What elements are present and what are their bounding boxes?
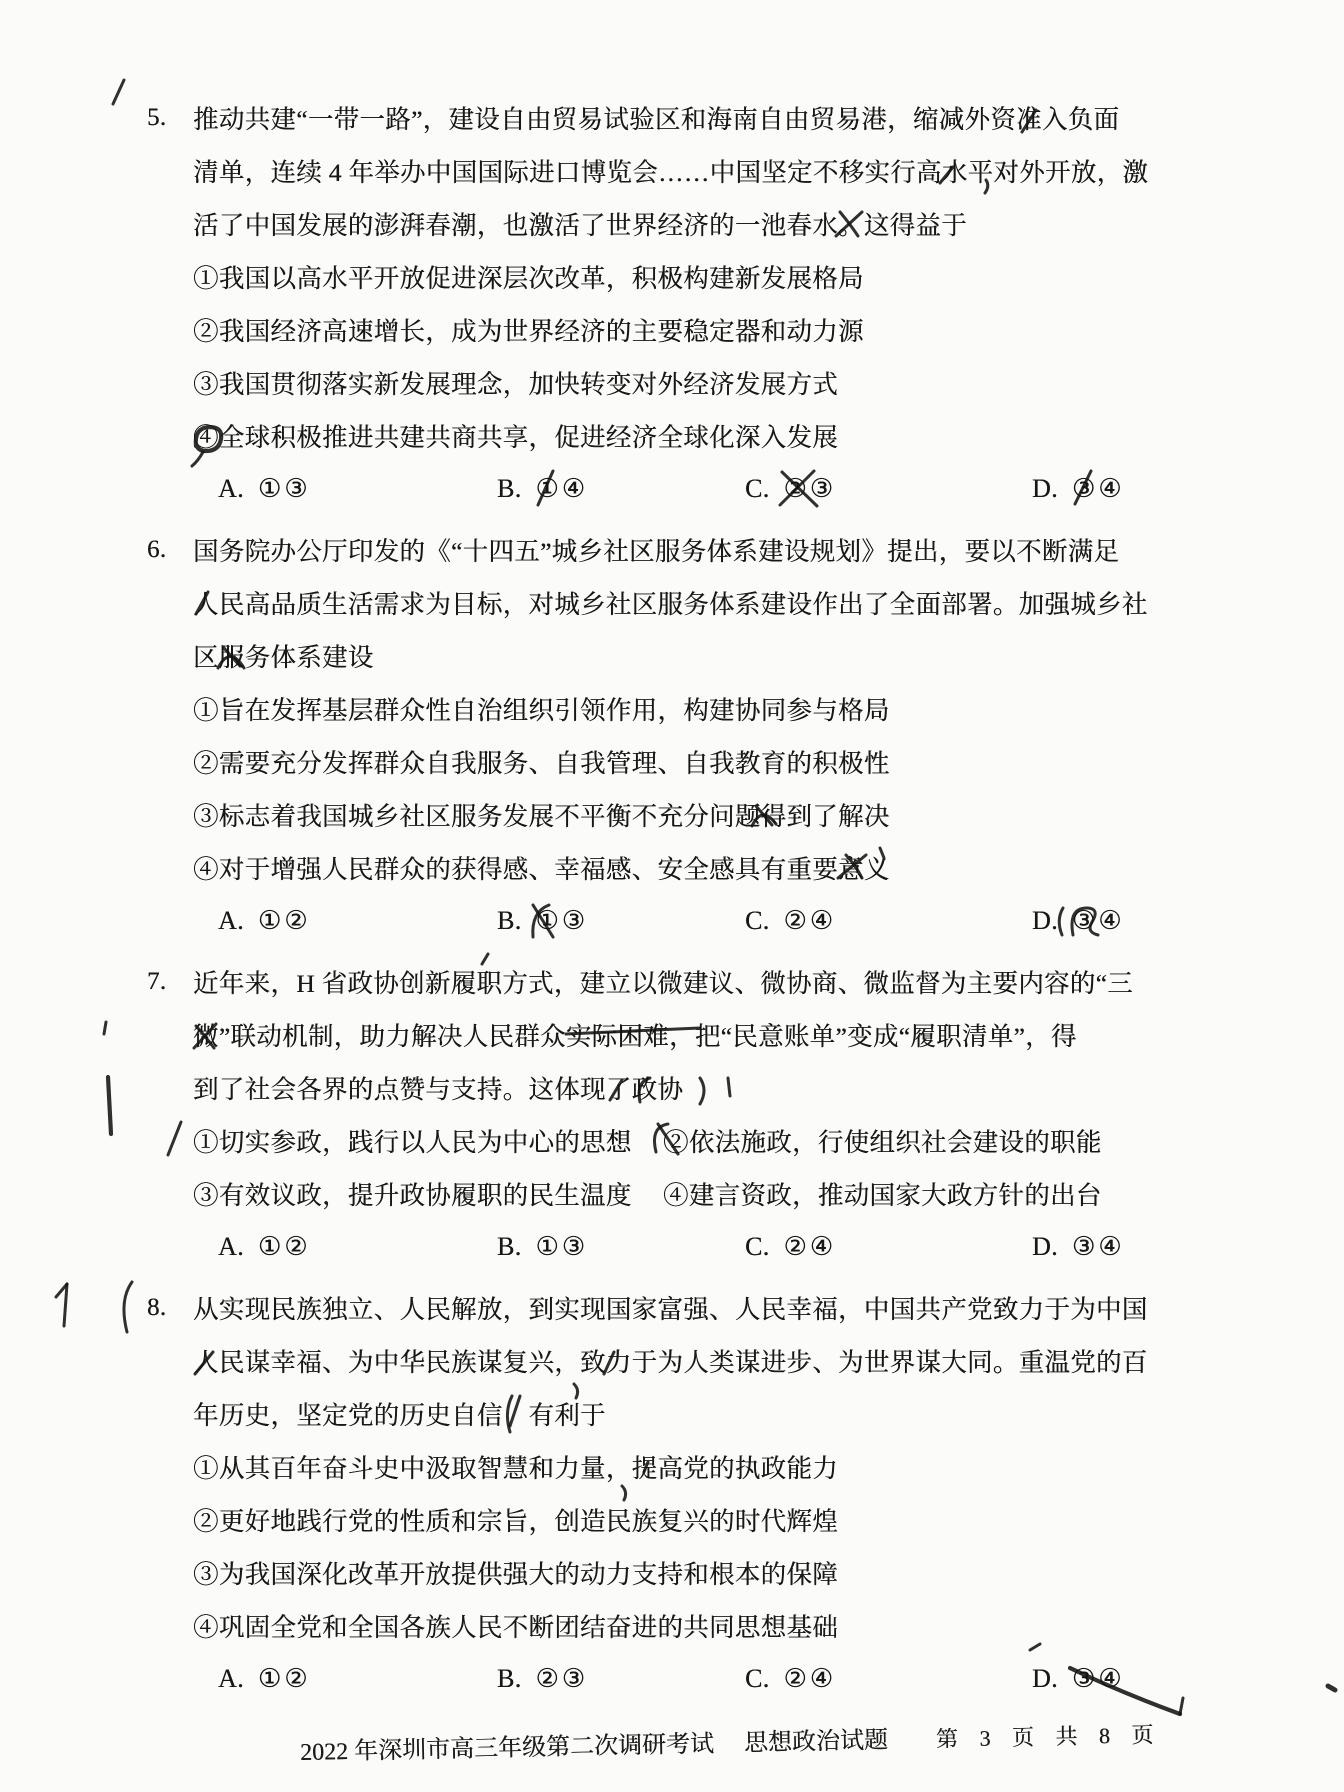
item-row: ①我国以高水平开放促进深层次改革，积极构建新发展格局 <box>193 250 1344 303</box>
option-a: A.①② <box>218 1220 311 1273</box>
question-8: 8. 从实现民族独立、人民解放，到实现国家富强、人民幸福，中国共产党致力于为中国… <box>193 1281 1344 1705</box>
item-line: ④巩固全党和全国各族人民不断团结奋进的共同思想基础 <box>193 1608 838 1644</box>
option-label: B. <box>497 906 521 936</box>
item-line: ③标志着我国城乡社区服务发展不平衡不充分问题得到了解决 <box>193 797 890 833</box>
item-row: ②需要充分发挥群众自我服务、自我管理、自我教育的积极性 <box>193 735 1344 788</box>
item-line: ①旨在发挥基层群众性自治组织引领作用，构建协同参与格局 <box>193 691 890 727</box>
item-row: ③有效议政，提升政协履职的民生温度 ④建言资政，推动国家大政方针的出台 <box>193 1167 1344 1220</box>
option-label: C. <box>745 1664 769 1694</box>
item-row: ④全球积极推进共建共商共享，促进经济全球化深入发展 <box>193 409 1344 462</box>
stem-row: 人民谋幸福、为中华民族谋复兴，致力于为人类谋进步、为世界谋大同。重温党的百 <box>193 1334 1344 1387</box>
question-7: 7. 近年来，H 省政协创新履职方式，建立以微建议、微协商、微监督为主要内容的“… <box>193 955 1344 1273</box>
question-number: 7. <box>147 955 166 1008</box>
options-row: A.①② B.②③ C.②④ D.③④ <box>193 1652 1344 1705</box>
option-label: C. <box>745 474 769 504</box>
option-value: ③④ <box>1072 906 1125 936</box>
stem-line: 近年来，H 省政协创新履职方式，建立以微建议、微协商、微监督为主要内容的“三 <box>193 964 1133 1000</box>
option-label: D. <box>1032 474 1058 504</box>
item-line: ④建言资政，推动国家大政方针的出台 <box>663 1176 1102 1212</box>
options-row: A.①② B.①③ C.②④ D.③④ <box>193 1220 1344 1273</box>
option-value: ③④ <box>1072 1232 1125 1262</box>
footer-page-number: 第 3 页 共 8 页 <box>936 1722 1162 1752</box>
item-line: ①切实参政，践行以人民为中心的思想 <box>193 1123 663 1159</box>
option-value: ①② <box>258 906 311 936</box>
item-row: ②我国经济高速增长，成为世界经济的主要稳定器和动力源 <box>193 303 1344 356</box>
stem-row: 年历史，坚定党的历史自信 有利于 <box>193 1387 1344 1440</box>
stem-line: 推动共建“一带一路”，建设自由贸易试验区和海南自由贸易港，缩减外资准入负面 <box>193 100 1119 136</box>
option-a: A.①② <box>218 1652 311 1705</box>
stem-line: 人民谋幸福、为中华民族谋复兴，致力于为人类谋进步、为世界谋大同。重温党的百 <box>193 1343 1148 1379</box>
option-value: ②④ <box>783 1232 836 1262</box>
question-5: 5. 推动共建“一带一路”，建设自由贸易试验区和海南自由贸易港，缩减外资准入负面… <box>193 91 1344 515</box>
item-line: ③为我国深化改革开放提供强大的动力支持和根本的保障 <box>193 1555 838 1591</box>
question-number: 6. <box>147 523 166 576</box>
question-number: 8. <box>147 1281 166 1334</box>
item-row: ④对于增强人民群众的获得感、幸福感、安全感具有重要意义 <box>193 841 1344 894</box>
option-label: A. <box>218 1664 244 1694</box>
item-line: ④全球积极推进共建共商共享，促进经济全球化深入发展 <box>193 418 838 454</box>
option-c: C.②④ <box>745 894 836 947</box>
option-value: ①③ <box>535 906 588 936</box>
item-row: ②更好地践行党的性质和宗旨，创造民族复兴的时代辉煌 <box>193 1493 1344 1546</box>
option-value: ②③ <box>783 474 836 504</box>
stem-row: 人民高品质生活需求为目标，对城乡社区服务体系建设作出了全面部署。加强城乡社 <box>193 576 1344 629</box>
item-line: ①从其百年奋斗史中汲取智慧和力量，提高党的执政能力 <box>193 1449 838 1485</box>
question-6: 6. 国务院办公厅印发的《“十四五”城乡社区服务体系建设规划》提出，要以不断满足… <box>193 523 1344 947</box>
stem-line: 区服务体系建设 <box>193 638 374 674</box>
stem-line: 活了中国发展的澎湃春潮，也激活了世界经济的一池春水。这得益于 <box>193 206 967 242</box>
stem-row: 8. 从实现民族独立、人民解放，到实现国家富强、人民幸福，中国共产党致力于为中国 <box>193 1281 1344 1334</box>
stem-row: 活了中国发展的澎湃春潮，也激活了世界经济的一池春水。这得益于 <box>193 197 1344 250</box>
item-line: ②我国经济高速增长，成为世界经济的主要稳定器和动力源 <box>193 312 864 348</box>
stem-row: 6. 国务院办公厅印发的《“十四五”城乡社区服务体系建设规划》提出，要以不断满足 <box>193 523 1344 576</box>
option-value: ①③ <box>258 474 311 504</box>
option-value: ①② <box>258 1232 311 1262</box>
item-row: ④巩固全党和全国各族人民不断团结奋进的共同思想基础 <box>193 1599 1344 1652</box>
option-c: C.②④ <box>745 1652 836 1705</box>
option-value: ②③ <box>535 1664 588 1694</box>
options-row: A.①③ B.①④ C.②③ D.③④ <box>193 462 1344 515</box>
question-number: 5. <box>147 91 166 144</box>
option-b: B.②③ <box>497 1652 588 1705</box>
stem-line: 年历史，坚定党的历史自信 有利于 <box>193 1396 606 1432</box>
item-line: ②需要充分发挥群众自我服务、自我管理、自我教育的积极性 <box>193 744 890 780</box>
item-row: ①切实参政，践行以人民为中心的思想 ②依法施政，行使组织社会建设的职能 <box>193 1114 1344 1167</box>
option-value: ①③ <box>535 1232 588 1262</box>
exam-body: 5. 推动共建“一带一路”，建设自由贸易试验区和海南自由贸易港，缩减外资准入负面… <box>0 0 1344 1792</box>
item-row: ③为我国深化改革开放提供强大的动力支持和根本的保障 <box>193 1546 1344 1599</box>
stem-line: 人民高品质生活需求为目标，对城乡社区服务体系建设作出了全面部署。加强城乡社 <box>193 585 1148 621</box>
option-a: A.①② <box>218 894 311 947</box>
option-b: B.①③ <box>497 894 588 947</box>
options-row: A.①② B.①③ C.②④ D.③④ <box>193 894 1344 947</box>
item-row: ①从其百年奋斗史中汲取智慧和力量，提高党的执政能力 <box>193 1440 1344 1493</box>
item-line: ③我国贯彻落实新发展理念，加快转变对外经济发展方式 <box>193 365 838 401</box>
option-label: B. <box>497 1664 521 1694</box>
stem-row: 清单，连续 4 年举办中国国际进口博览会……中国坚定不移实行高水平对外开放，激 <box>193 144 1344 197</box>
item-line: ①我国以高水平开放促进深层次改革，积极构建新发展格局 <box>193 259 864 295</box>
option-value: ①② <box>258 1664 311 1694</box>
option-label: A. <box>218 906 244 936</box>
stem-line: 清单，连续 4 年举办中国国际进口博览会……中国坚定不移实行高水平对外开放，激 <box>193 153 1148 189</box>
option-a: A.①③ <box>218 462 311 515</box>
option-value: ③④ <box>1072 474 1125 504</box>
stem-row: 区服务体系建设 <box>193 629 1344 682</box>
option-label: D. <box>1032 1232 1058 1262</box>
option-label: B. <box>497 474 521 504</box>
option-label: D. <box>1032 1664 1058 1694</box>
option-d: D.③④ <box>1032 894 1125 947</box>
option-c: C.②④ <box>745 1220 836 1273</box>
option-b: B.①④ <box>497 462 588 515</box>
option-d: D.③④ <box>1032 1220 1125 1273</box>
option-value: ③④ <box>1072 1664 1125 1694</box>
option-label: B. <box>497 1232 521 1262</box>
stem-line: 国务院办公厅印发的《“十四五”城乡社区服务体系建设规划》提出，要以不断满足 <box>193 532 1119 568</box>
item-line: ③有效议政，提升政协履职的民生温度 <box>193 1176 663 1212</box>
option-label: D. <box>1032 906 1058 936</box>
option-b: B.①③ <box>497 1220 588 1273</box>
item-line: ②依法施政，行使组织社会建设的职能 <box>663 1123 1102 1159</box>
stem-line: 从实现民族独立、人民解放，到实现国家富强、人民幸福，中国共产党致力于为中国 <box>193 1290 1148 1326</box>
option-label: A. <box>218 474 244 504</box>
option-value: ②④ <box>783 1664 836 1694</box>
stem-line: 到了社会各界的点赞与支持。这体现了政协 <box>193 1070 683 1106</box>
option-d: D.③④ <box>1032 462 1125 515</box>
option-label: A. <box>218 1232 244 1262</box>
option-c: C.②③ <box>745 462 836 515</box>
stem-row: 5. 推动共建“一带一路”，建设自由贸易试验区和海南自由贸易港，缩减外资准入负面 <box>193 91 1344 144</box>
footer-subject: 思想政治试题 <box>744 1728 889 1757</box>
stem-row: 到了社会各界的点赞与支持。这体现了政协 <box>193 1061 1344 1114</box>
item-row: ①旨在发挥基层群众性自治组织引领作用，构建协同参与格局 <box>193 682 1344 735</box>
item-line: ②更好地践行党的性质和宗旨，创造民族复兴的时代辉煌 <box>193 1502 838 1538</box>
item-line: ④对于增强人民群众的获得感、幸福感、安全感具有重要意义 <box>193 850 890 886</box>
option-label: C. <box>745 906 769 936</box>
stem-row: 微”联动机制，助力解决人民群众实际困难，把“民意账单”变成“履职清单”，得 <box>193 1008 1344 1061</box>
option-label: C. <box>745 1232 769 1262</box>
stem-line: 微”联动机制，助力解决人民群众实际困难，把“民意账单”变成“履职清单”，得 <box>193 1017 1077 1053</box>
stem-row: 7. 近年来，H 省政协创新履职方式，建立以微建议、微协商、微监督为主要内容的“… <box>193 955 1344 1008</box>
option-d: D.③④ <box>1032 1652 1125 1705</box>
scanned-exam-page: 5. 推动共建“一带一路”，建设自由贸易试验区和海南自由贸易港，缩减外资准入负面… <box>0 0 1344 1792</box>
option-value: ①④ <box>535 474 588 504</box>
item-row: ③我国贯彻落实新发展理念，加快转变对外经济发展方式 <box>193 356 1344 409</box>
item-row: ③标志着我国城乡社区服务发展不平衡不充分问题得到了解决 <box>193 788 1344 841</box>
option-value: ②④ <box>783 906 836 936</box>
